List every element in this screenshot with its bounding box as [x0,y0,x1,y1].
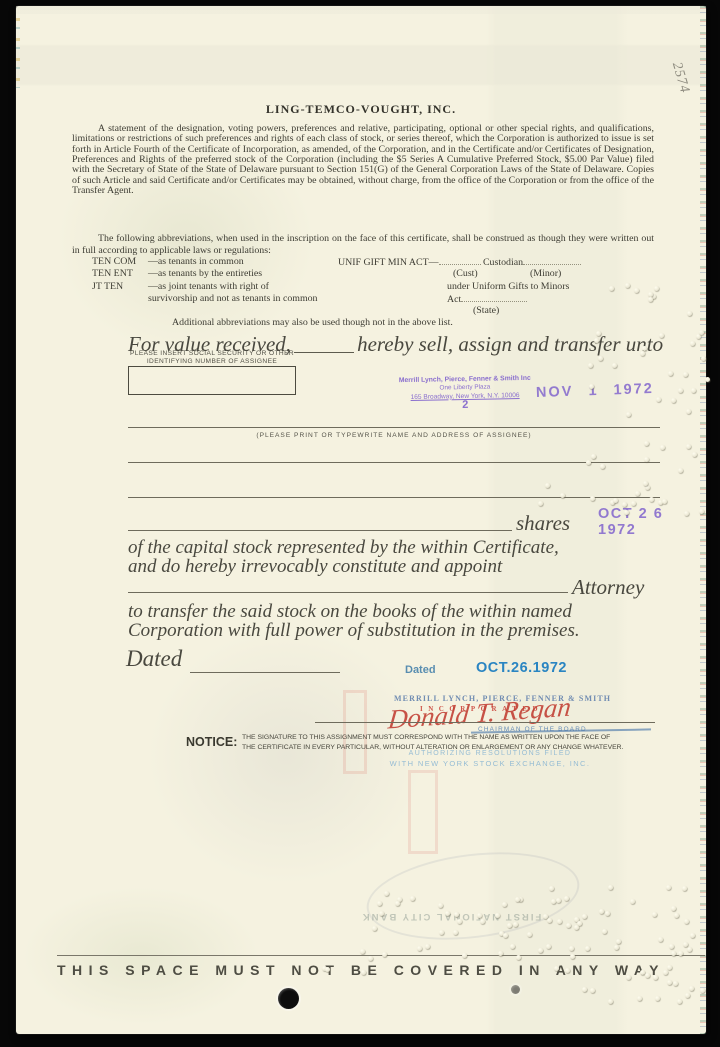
abbreviations-intro: The following abbreviations, when used i… [72,233,654,256]
broker-address-stamp: Merrill Lynch, Pierce, Fenner & Smith In… [392,375,539,411]
ssn-line1: PLEASE INSERT SOCIAL SECURITY OR OTHER [112,350,312,358]
perforation-dot [361,970,366,975]
punch-hole [511,985,520,994]
perforation-dot [612,363,617,368]
perforation-dot [686,409,691,414]
perforation-dot [480,919,485,924]
perforation-dot [598,356,603,361]
perforation-dot [588,363,593,368]
scanner-background: FIRST NATIONAL CITY BANK LING-TEMCO-VOUG… [0,0,720,1047]
perforation-dot [495,913,500,918]
certificate-back: FIRST NATIONAL CITY BANK LING-TEMCO-VOUG… [16,6,706,1034]
perforation-dot [410,896,415,901]
perforation-dot [582,987,587,992]
perforation-dot [566,923,571,928]
perforation-dot [648,297,653,302]
perforation-dot [516,955,521,960]
perforation-dot [685,993,690,998]
perforation-dot [630,899,635,904]
perforation-dot [439,930,444,935]
perforation-dot [686,444,691,449]
perforation-dot [668,371,673,376]
abbrev-desc: —as tenants in common [148,256,244,267]
abbrev-code: TEN COM [92,256,148,267]
perforation-dot [640,970,645,975]
perforation-dot [652,912,657,917]
perforation-dot [477,913,482,918]
notice-line1: THE SIGNATURE TO THIS ASSIGNMENT MUST CO… [242,734,642,741]
perforation-dot [634,288,639,293]
assignee-caption: (PLEASE PRINT OR TYPEWRITE NAME AND ADDR… [128,432,660,439]
perforation-dot [382,952,387,957]
ghost-bank-text: FIRST NATIONAL CITY BANK [326,911,576,922]
perforation-dot [560,493,565,498]
perforation-dot [574,925,579,930]
perforation-dot [683,942,688,947]
blank-line [128,462,660,463]
perforation-dot [663,970,668,975]
perforation-dot [457,919,462,924]
perforation-dot [654,286,659,291]
abbrev-code: JT TEN [92,281,148,305]
blank-line [128,497,660,498]
perforation-dot [649,497,654,502]
perforation-dot [678,388,683,393]
abbrev-note: Additional abbreviations may also be use… [172,317,453,328]
abbrev-desc: —as joint tenants with right of survivor… [148,281,318,305]
perforation-dot [684,511,689,516]
perforation-dot [640,351,645,356]
perforation-dot [445,911,450,916]
perforation-dot [564,896,569,901]
ssn-instruction: PLEASE INSERT SOCIAL SECURITY OR OTHER I… [112,350,312,365]
perforation-dot [699,330,704,335]
shares-line [128,530,512,531]
perforation-dot [605,911,610,916]
perforation-dot [626,975,631,980]
perforation-dot [554,966,559,971]
perforation-dot [608,999,613,1004]
perforation-dot [596,331,601,336]
perforation-dot [660,445,665,450]
perforation-dot [557,919,562,924]
perforation-dot [701,356,706,361]
act-label: Act [447,294,461,305]
scan-edge-noise [16,18,20,88]
perforation-dot [590,988,595,993]
perforation-dot [625,283,630,288]
perforation-dot [608,885,613,890]
perforation-dot [687,947,692,952]
page-title: LING-TEMCO-VOUGHT, INC. [16,102,706,117]
perforation-dot [591,454,596,459]
perforation-dot [644,457,649,462]
perforation-dot [699,509,704,514]
bleedthrough-blob [21,886,261,1026]
ssn-line2: IDENTIFYING NUMBER OF ASSIGNEE [112,358,312,366]
perforation-dot [600,464,605,469]
perforation-dot [462,953,467,958]
perforation-dot [673,981,678,986]
unif-act-label: UNIF GIFT MIN ACT— [338,257,439,268]
perforation-dot [379,911,384,916]
perforation-dot [667,965,672,970]
perforation-dot [631,501,636,506]
perforation-dot [622,502,627,507]
perforation-dot [683,372,688,377]
perforation-dot [691,388,696,393]
perforation-dot [453,930,458,935]
perforation-dot [682,886,687,891]
perforation-dot [671,398,676,403]
perforation-dot [669,944,674,949]
perforation-dot [384,891,389,896]
signature-line [315,722,655,723]
perforation-dot [602,929,607,934]
perforation-dot [368,956,373,961]
perforation-dot [395,901,400,906]
assignee-line [128,427,660,428]
perforation-dot [653,975,658,980]
footer-rule [57,955,705,956]
abbrev-ten-com: TEN COM —as tenants in common [92,256,244,267]
perforation-dot [538,948,543,953]
dated-stamp-label: Dated [405,664,436,676]
dotted-leader [439,256,481,265]
perforation-dot [659,333,664,338]
perforation-dot [545,483,550,488]
perforation-dot [616,939,621,944]
perforation-dot [377,901,382,906]
state-caption: (State) [473,305,499,316]
perforation-dot [438,903,443,908]
unif-gift-row: UNIF GIFT MIN ACT— Custodian [338,256,581,268]
perforation-dot [678,468,683,473]
notice-label: NOTICE: [186,735,237,749]
perforation-dot [425,944,430,949]
perforation-dot [642,346,647,351]
perforation-dot [569,946,574,951]
perforation-dot [644,441,649,446]
nov-date-stamp: NOV 1 1972 [536,381,654,401]
pencil-number: 2574 [668,60,692,95]
perforation-dot [502,902,507,907]
perforation-dot [689,986,694,991]
perforation-dot [635,491,640,496]
statement-paragraph: A statement of the designation, voting p… [72,124,654,196]
abbrev-ten-ent: TEN ENT —as tenants by the entireties [92,268,262,279]
attorney-blank-line [128,592,568,593]
oct-date-stamp: OCT 2 6 1972 [598,506,706,538]
ssn-entry-box [128,366,296,395]
attorney-word: Attorney [572,575,644,600]
perforation-dot [590,496,595,501]
custodian-label: Custodian [483,257,523,268]
perforation-dot [700,988,705,993]
perforation-dot [687,311,692,316]
perforation-dot [546,944,551,949]
perforation-dot [510,944,515,949]
perforation-dot [656,397,661,402]
minor-caption: (Minor) [530,268,561,279]
perforation-dot [667,980,672,985]
dotted-leader [461,293,527,302]
act-row: Act [447,293,527,305]
perforation-dot [662,499,667,504]
perforation-dot [589,384,594,389]
nyse-stamp-line2: WITH NEW YORK STOCK EXCHANGE, INC. [360,759,620,768]
perforation-dot [527,932,532,937]
perforation-dot [658,937,663,942]
bleedthrough-red-box [408,770,438,854]
bleedthrough-signature-loop [362,841,585,950]
perforation-dot [655,996,660,1001]
perforation-dot [360,949,365,954]
perforation-dot [547,918,552,923]
transfer-text: hereby sell, assign and transfer unto [357,332,663,357]
abbrev-code: TEN ENT [92,268,148,279]
perforation-dot [690,933,695,938]
shares-word: shares [516,511,570,536]
perforation-dot [372,926,377,931]
perforation-dot [585,946,590,951]
perforation-dot [671,906,676,911]
perforation-dot [613,498,618,503]
perforation-dot [513,922,518,927]
perforation-dot [692,452,697,457]
dated-stamp-value: OCT.26.1972 [476,660,567,676]
dated-blank-line [190,672,340,673]
nyse-stamp-line1: AUTHORIZING RESOLUTIONS FILED [380,750,600,757]
perforation-dot [626,412,631,417]
perforation-dot [614,945,619,950]
perforation-dot [556,898,561,903]
dated-word: Dated [126,646,182,672]
perforation-dot [666,885,671,890]
capital-stock-line2: and do hereby irrevocably constitute and… [128,556,502,578]
transfer-line2: Corporation with full power of substitut… [128,620,580,642]
perforation-dot [705,377,710,382]
perforation-dot [586,460,591,465]
perforation-dot [677,999,682,1004]
perforation-dot [609,286,614,291]
perforation-dot [549,886,554,891]
cust-caption: (Cust) [453,268,478,279]
perforation-dot [507,923,512,928]
perforation-dot [690,341,695,346]
perforation-dot [454,912,459,917]
perforation-dot [599,909,604,914]
perforation-dot [538,501,543,506]
perforation-dot [503,933,508,938]
dotted-leader [523,256,581,265]
punch-hole [278,988,299,1009]
under-uniform-label: under Uniform Gifts to Minors [447,281,569,292]
perforation-dot [570,954,575,959]
abbrev-desc: —as tenants by the entireties [148,268,262,279]
perforation-dot [674,913,679,918]
abbrev-jt-ten: JT TEN —as joint tenants with right of s… [92,281,318,305]
perforation-dot [417,946,422,951]
perforation-dot [684,919,689,924]
perforation-dot [696,334,701,339]
perforation-dot [637,996,642,1001]
perforation-dot [582,914,587,919]
